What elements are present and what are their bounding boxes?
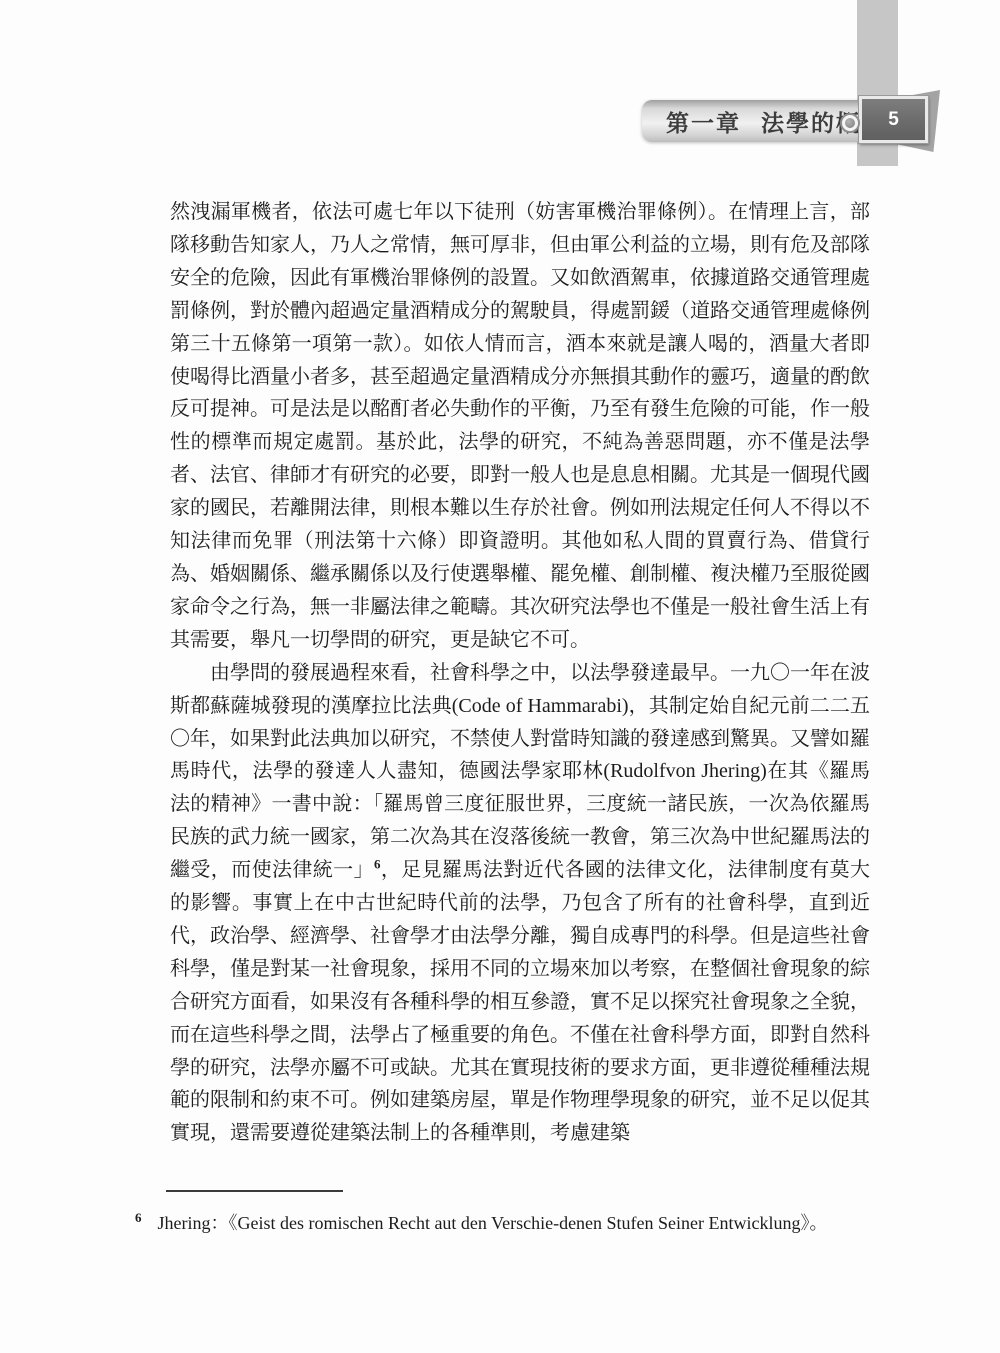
book-page: 第一章法學的概念 5 然洩漏軍機者，依法可處七年以下徒刑（妨害軍機治罪條例）。在… [0, 0, 1000, 1353]
body-text: 然洩漏軍機者，依法可處七年以下徒刑（妨害軍機治罪條例）。在情理上言，部隊移動告知… [170, 196, 870, 1150]
footnote: 6Jhering：《Geist des romischen Recht aut … [135, 1206, 895, 1235]
paragraph-2-text-pre: 由學問的發展過程來看，社會科學之中，以法學發達最早。一九〇一年在波斯都蘇薩城發現… [170, 662, 870, 881]
paragraph-1-text: 然洩漏軍機者，依法可處七年以下徒刑（妨害軍機治罪條例）。在情理上言，部隊移動告知… [170, 201, 870, 651]
chapter-label: 第一章 [666, 110, 741, 136]
paragraph-2-text-post: ，足見羅馬法對近代各國的法律文化，法律制度有莫大的影響。事實上在中古世紀時代前的… [170, 859, 870, 1144]
footnote-divider [166, 1190, 343, 1192]
bullseye-icon [840, 113, 860, 133]
page-number: 5 [888, 109, 899, 131]
paragraph-1: 然洩漏軍機者，依法可處七年以下徒刑（妨害軍機治罪條例）。在情理上言，部隊移動告知… [170, 196, 870, 657]
paragraph-2: 由學問的發展過程來看，社會科學之中，以法學發達最早。一九〇一年在波斯都蘇薩城發現… [170, 657, 870, 1151]
footnote-number: 6 [135, 1210, 142, 1225]
footnote-text: Jhering：《Geist des romischen Recht aut d… [158, 1213, 828, 1233]
page-number-box: 5 [859, 96, 928, 143]
